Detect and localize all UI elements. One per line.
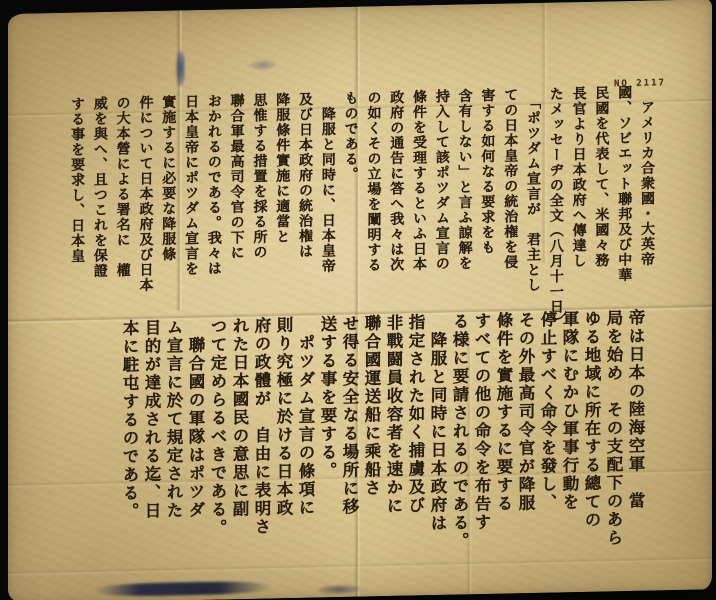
text-column: 非戰闘員收容者を速かに	[382, 314, 404, 572]
text-column: 條件を實施するに要する	[492, 311, 514, 569]
text-column: 帝は日本の陸海空軍 當	[624, 309, 646, 567]
text-column: 害する如何なる要求をも	[476, 88, 499, 336]
text-column: 本に駐屯するのである。	[118, 319, 140, 577]
text-column: 持入して該ポツダム宣言の	[430, 89, 453, 337]
text-column: 軍隊にむかひ軍事行動を	[558, 310, 580, 568]
text-column: 長官より日本政府へ傳達し	[567, 86, 590, 334]
photo-background: NO 2117 アメリカ合衆國・大英帝國、ソビエット聯邦及び中華民國を代表して、…	[0, 0, 716, 600]
text-column: 聯合國の軍隊はポツダ	[184, 318, 206, 576]
text-column: せ得る安全なる場所に移	[338, 315, 360, 573]
text-column: 含有しない」と言ふ諒解を	[453, 88, 476, 336]
text-column: ポツダム宣言の條項に	[294, 316, 316, 574]
text-column: 威を與へ、且つこれを保證	[88, 96, 111, 344]
text-column: ム宣言に於て規定された	[162, 318, 184, 576]
text-column: 「ポツダム宣言が 君主とし	[521, 87, 544, 335]
text-block-bottom: 帝は日本の陸海空軍 當局を始め その支配下のあらゆる地域に所在する總ての軍隊にむ…	[118, 309, 646, 578]
ink-blot	[176, 50, 185, 86]
text-column: 民國を代表して、米國々務	[590, 85, 613, 333]
text-column: 府の政體が 自由に表明さ	[250, 316, 272, 574]
text-column: アメリカ合衆國・大英帝	[635, 84, 658, 332]
text-column: 則り究極に於ける日本政	[272, 316, 294, 574]
text-column: 條件を受理するといふ日本	[407, 89, 430, 337]
text-column: 降服條件實施に適當と	[270, 92, 293, 340]
text-column: 及び日本政府の統治権は	[293, 92, 316, 340]
text-column: 思惟する措置を採る所の	[248, 93, 271, 341]
text-column: 目的が達成される迄、日	[140, 319, 162, 577]
text-column: の大本營による署名に 權	[111, 95, 134, 343]
text-column: 局を始め その支配下のあら	[602, 309, 624, 567]
text-column: 送する事を要する。	[316, 315, 338, 573]
ink-blot	[318, 585, 360, 595]
text-column: その外最高司令官が降服	[514, 311, 536, 569]
text-column: 政府の通告に答へ我々は次	[384, 90, 407, 338]
text-column: 實施するに必要な降服條	[156, 94, 179, 342]
text-column: る様に要請されるのである。	[448, 312, 470, 570]
text-column: すべての他の命令を布告す	[470, 312, 492, 570]
text-column: 件について日本政府及び日本	[134, 95, 157, 343]
text-column: 國、ソビエット聯邦及び中華	[612, 85, 635, 333]
text-column: する事を要求し、日本皇	[65, 96, 88, 344]
text-column: の如くその立場を闡明する	[362, 90, 385, 338]
text-column: 停止すべく命令を發し、	[536, 310, 558, 568]
text-column: たメッセーヂの全文（八月十一日）	[544, 86, 567, 334]
text-column: ゆる地域に所在する總ての	[580, 310, 602, 568]
text-column: 降服と同時に、日本皇帝	[316, 91, 339, 339]
text-column: 日本皇帝にポツダム宣言を	[179, 94, 202, 342]
text-column: おかれるのである。我々は	[202, 93, 225, 341]
leaflet-paper: NO 2117 アメリカ合衆國・大英帝國、ソビエット聯邦及び中華民國を代表して、…	[8, 0, 712, 600]
text-column: ものである。	[339, 91, 362, 339]
text-column: つて定めらるべきである。	[206, 317, 228, 575]
text-column: 聯合國運送船に乘船さ	[360, 314, 382, 572]
ink-blot	[250, 60, 276, 70]
text-block-top: アメリカ合衆國・大英帝國、ソビエット聯邦及び中華民國を代表して、米國々務長官より…	[65, 84, 658, 344]
text-column: 降服と同時に日本政府は	[426, 313, 448, 571]
text-column: れた日本國民の意思に副	[228, 317, 250, 575]
text-column: ての日本皇帝の統治権を侵	[498, 87, 521, 335]
text-column: 聯合軍最高司令官の下に	[225, 93, 248, 341]
text-column: 指定された如く捕虜及び	[404, 313, 426, 571]
ink-blot	[94, 580, 272, 597]
